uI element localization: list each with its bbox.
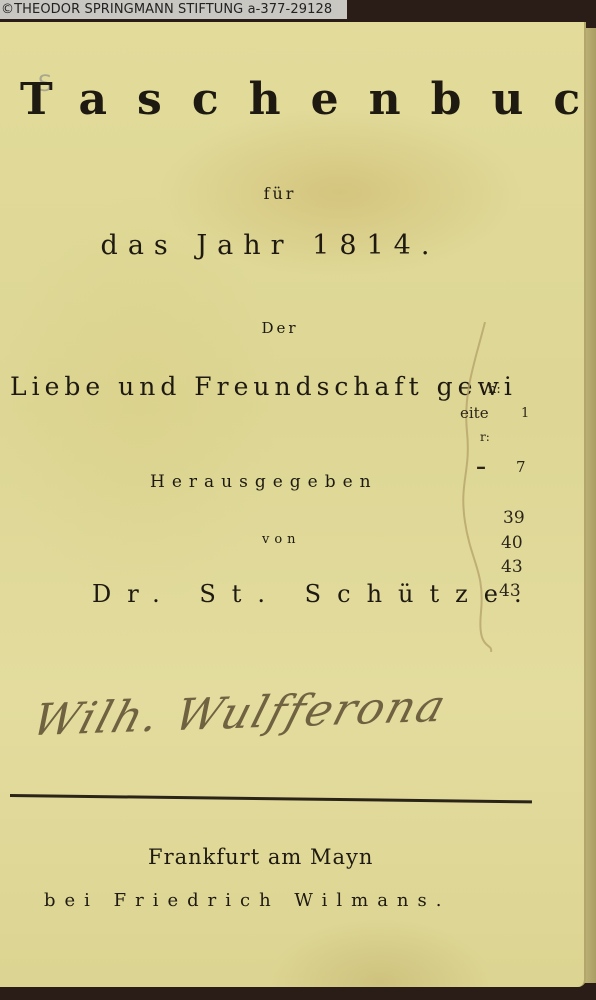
copyright-watermark: ©THEODOR SPRINGMANN STIFTUNG a-377-29128	[0, 0, 347, 19]
show-through-number: 39	[503, 508, 525, 528]
show-through-number: 7	[516, 458, 526, 476]
show-through-fragment: r:	[480, 430, 490, 444]
fuer-text: für	[0, 184, 560, 203]
von-text: von	[262, 532, 301, 547]
paper-tear	[455, 322, 495, 652]
handwritten-signature: Wilh. Wulfferona	[26, 681, 453, 746]
show-through-seite: eite	[460, 404, 489, 422]
publisher-line: bei Friedrich Wilmans.	[44, 890, 451, 911]
show-through-fragment: h:	[488, 382, 501, 397]
show-through-number: 43	[501, 557, 523, 577]
herausgegeben-text: Herausgegeben	[150, 472, 378, 492]
show-through-number: 43	[499, 581, 521, 601]
show-through-number: 1	[521, 406, 529, 421]
book-title: Taschenbuch	[20, 74, 560, 125]
publication-place: Frankfurt am Mayn	[148, 845, 373, 869]
dedication-line: Liebe und Freundschaft gewi	[10, 372, 517, 401]
year-line: das Jahr 1814.	[0, 230, 540, 261]
title-page: S Taschenbuch für das Jahr 1814. Der Lie…	[0, 22, 586, 987]
horizontal-rule	[10, 794, 532, 803]
show-through-dash: –	[476, 454, 486, 478]
show-through-number: 40	[501, 533, 523, 553]
